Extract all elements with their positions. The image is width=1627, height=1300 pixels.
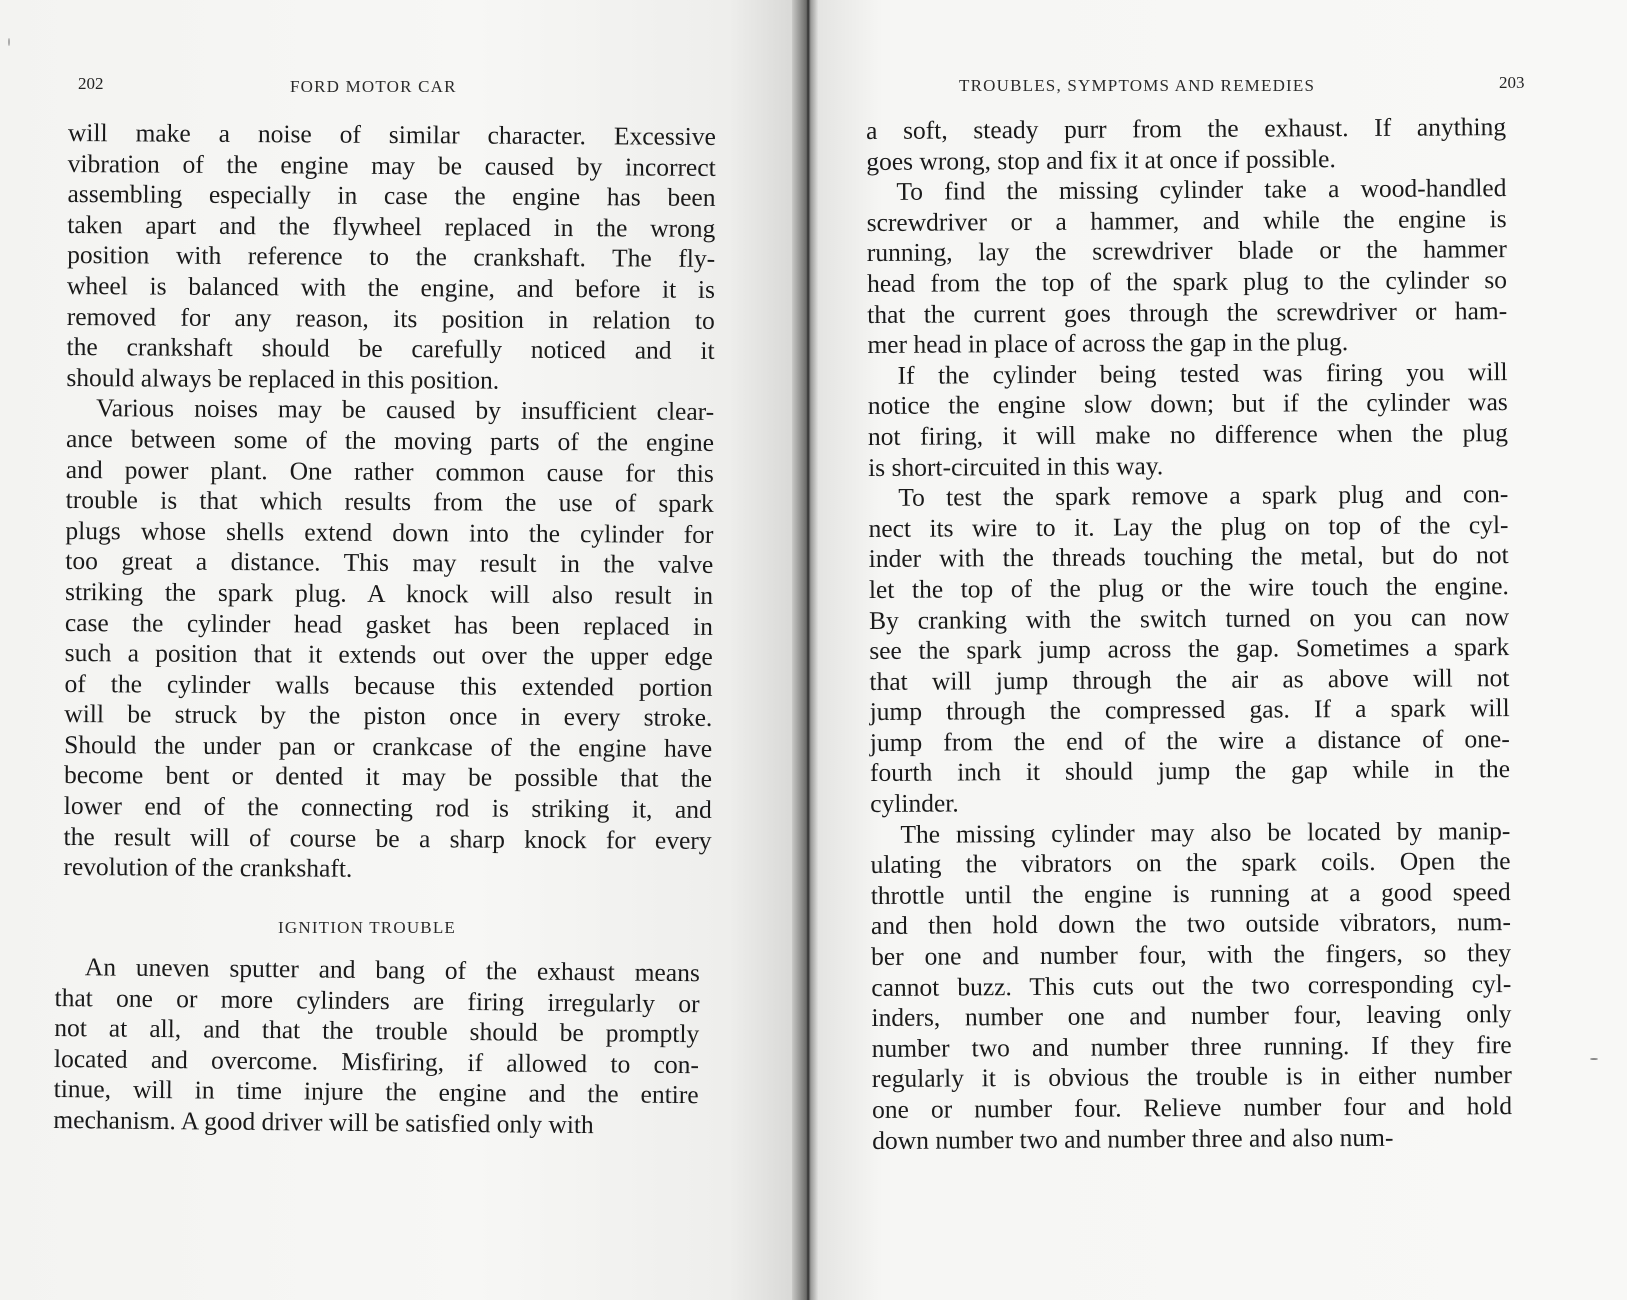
paragraph: The missing cylinder may also be located…	[870, 816, 1512, 1156]
text-line: trouble is that which results from the u…	[66, 485, 714, 520]
text-line: If the cylinder being tested was firing …	[867, 357, 1507, 392]
text-line: taken apart and the flywheel replaced in…	[67, 210, 715, 245]
right-body-text: a soft, steady purr from the exhaust. If…	[866, 112, 1512, 1156]
text-line: throttle until the engine is running at …	[871, 877, 1511, 912]
left-body-text: will make a noise of similar character. …	[63, 118, 716, 887]
paragraph: Various noises may be caused by insuffic…	[63, 393, 714, 886]
text-line: let the top of the plug or the wire touc…	[869, 571, 1509, 606]
paragraph: a soft, steady purr from the exhaust. If…	[866, 112, 1506, 177]
text-line: removed for any reason, its position in …	[67, 302, 715, 337]
text-line: assembling especially in case the engine…	[67, 179, 715, 214]
text-line: too great a distance. This may result in…	[65, 546, 713, 581]
scan-speck	[1590, 1058, 1598, 1060]
book-gutter	[792, 0, 818, 1300]
left-page: 202 FORD MOTOR CAR will make a noise of …	[0, 0, 792, 1300]
text-line: of the cylinder walls because this exten…	[64, 669, 712, 704]
text-line: fourth inch it should jump the gap while…	[870, 755, 1510, 790]
text-line: mer head in place of across the gap in t…	[867, 326, 1507, 361]
text-line: that the current goes through the screwd…	[867, 296, 1507, 331]
text-line: cylinder.	[870, 785, 1510, 820]
page-number-left: 202	[78, 74, 104, 94]
text-line: number two and number three running. If …	[872, 1030, 1512, 1065]
text-line: inder with the threads touching the meta…	[869, 540, 1509, 575]
scan-speck	[8, 38, 10, 46]
text-line: jump through the compressed gas. If a sp…	[870, 693, 1510, 728]
text-line: case the cylinder head gasket has been r…	[65, 607, 713, 642]
text-line: ance between some of the moving parts of…	[66, 424, 714, 459]
paragraph: To find the missing cylinder take a wood…	[866, 173, 1507, 360]
left-section-text: An uneven sputter and bang of the exhaus…	[53, 952, 700, 1142]
text-line: one or number four. Relieve number four …	[872, 1091, 1512, 1126]
text-line: the result will of course be a sharp kno…	[64, 822, 712, 857]
text-line: a soft, steady purr from the exhaust. If…	[866, 112, 1506, 147]
text-line: down number two and number three and als…	[872, 1122, 1512, 1157]
text-line: inders, number one and number four, leav…	[871, 999, 1511, 1034]
running-head-left: FORD MOTOR CAR	[290, 77, 457, 97]
text-line: ulating the vibrators on the spark coils…	[870, 846, 1510, 881]
running-head-right: TROUBLES, SYMPTOMS AND REMEDIES	[959, 76, 1315, 96]
book-spread: 202 FORD MOTOR CAR will make a noise of …	[0, 0, 1627, 1300]
text-line: nect its wire to it. Lay the plug on top…	[868, 510, 1508, 545]
text-line: revolution of the crankshaft.	[63, 852, 711, 887]
text-line: position with reference to the crankshaf…	[67, 240, 715, 275]
text-line: By cranking with the switch turned on yo…	[869, 602, 1509, 637]
text-line: To test the spark remove a spark plug an…	[868, 479, 1508, 514]
text-line: Various noises may be caused by insuffic…	[66, 393, 714, 428]
text-line: screwdriver or a hammer, and while the e…	[867, 204, 1507, 239]
text-line: jump from the end of the wire a distance…	[870, 724, 1510, 759]
text-line: ber one and number four, with the finger…	[871, 938, 1511, 973]
text-line: Should the under pan or crankcase of the…	[64, 730, 712, 765]
page-number-right: 203	[1499, 73, 1525, 93]
text-line: become bent or dented it may be possible…	[64, 760, 712, 795]
text-line: not firing, it will make no difference w…	[868, 418, 1508, 453]
text-line: the crankshaft should be carefully notic…	[67, 332, 715, 367]
text-line: notice the engine slow down; but if the …	[868, 387, 1508, 422]
text-line: striking the spark plug. A knock will al…	[65, 577, 713, 612]
text-line: cannot buzz. This cuts out the two corre…	[871, 969, 1511, 1004]
text-line: and then hold down the two outside vibra…	[871, 908, 1511, 943]
text-line: goes wrong, stop and fix it at once if p…	[866, 143, 1506, 178]
section-heading: IGNITION TROUBLE	[278, 918, 456, 938]
text-line: see the spark jump across the gap. Somet…	[869, 632, 1509, 667]
text-line: vibration of the engine may be caused by…	[68, 149, 716, 184]
text-line: The missing cylinder may also be located…	[870, 816, 1510, 851]
text-line: such a position that it extends out over…	[65, 638, 713, 673]
text-line: To find the missing cylinder take a wood…	[866, 173, 1506, 208]
text-line: running, lay the screwdriver blade or th…	[867, 234, 1507, 269]
paragraph: If the cylinder being tested was firing …	[867, 357, 1508, 483]
text-line: mechanism. A good driver will be satisfi…	[53, 1105, 698, 1142]
text-line: should always be replaced in this positi…	[66, 363, 714, 398]
text-line: wheel is balanced with the engine, and b…	[67, 271, 715, 306]
text-line: regularly it is obvious the trouble is i…	[872, 1060, 1512, 1095]
text-line: head from the top of the spark plug to t…	[867, 265, 1507, 300]
text-line: will make a noise of similar character. …	[68, 118, 716, 153]
text-line: will be struck by the piston once in eve…	[64, 699, 712, 734]
text-line: lower end of the connecting rod is strik…	[64, 791, 712, 826]
paragraph: To test the spark remove a spark plug an…	[868, 479, 1510, 819]
paragraph: will make a noise of similar character. …	[66, 118, 716, 397]
text-line: that will jump through the air as above …	[869, 663, 1509, 698]
text-line: plugs whose shells extend down into the …	[65, 516, 713, 551]
paragraph: An uneven sputter and bang of the exhaus…	[53, 952, 700, 1142]
text-line: is short-circuited in this way.	[868, 449, 1508, 484]
text-line: and power plant. One rather common cause…	[66, 455, 714, 490]
